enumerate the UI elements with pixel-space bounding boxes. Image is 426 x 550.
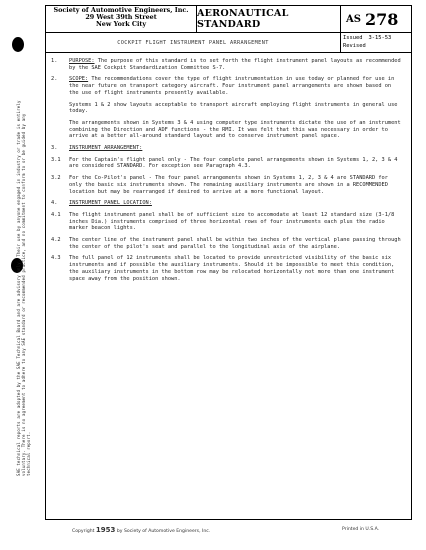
copyright-year: 1953 (96, 526, 115, 534)
punch-hole-top (12, 37, 24, 52)
section-heading: SCOPE: (69, 76, 88, 82)
org-city: New York City (46, 21, 196, 28)
document-body: 1. PURPOSE: The purpose of this standard… (46, 58, 411, 287)
section-purpose: 1. PURPOSE: The purpose of this standard… (51, 58, 401, 71)
issued-date: 3-15-53 (368, 34, 391, 42)
copyright-holder: by Society of Automotive Engineers, Inc. (117, 529, 210, 534)
subsection-4-2: 4.2 The center line of the instrument pa… (51, 237, 401, 250)
subsection-text: For the Co-Pilot's panel - The four pane… (69, 175, 401, 195)
header-subject-row: COCKPIT FLIGHT INSTRUMENT PANEL ARRANGEM… (46, 33, 411, 53)
section-heading: INSTRUMENT PANEL LOCATION: (69, 200, 401, 207)
printed-in-notice: Printed in U.S.A. (342, 527, 379, 532)
subsection-number: 4.3 (51, 255, 69, 282)
subsection-number: 4.1 (51, 212, 69, 232)
subsection-text: For the Captain's flight panel only - Th… (69, 157, 401, 170)
subsection-number: 3.2 (51, 175, 69, 195)
document-frame: Society of Automotive Engineers, Inc. 29… (45, 5, 412, 520)
section-instrument-arrangement: 3. INSTRUMENT ARRANGEMENT: (51, 145, 401, 152)
subsection-3-1: 3.1 For the Captain's flight panel only … (51, 157, 401, 170)
section-text: The purpose of this standard is to set f… (69, 58, 401, 71)
subsection-text: The flight instrument panel shall be of … (69, 212, 401, 232)
section-number: 3. (51, 145, 69, 152)
section-text: The recommendations cover the type of fl… (69, 76, 394, 95)
issued-label: Issued (343, 34, 362, 42)
standard-number-value: 278 (365, 10, 398, 29)
organization-block: Society of Automotive Engineers, Inc. 29… (46, 6, 197, 32)
document-type-title: AERONAUTICAL STANDARD (197, 6, 341, 32)
standard-prefix: AS (346, 14, 361, 25)
subsection-text: The center line of the instrument panel … (69, 237, 401, 250)
issue-dates: Issued 3-15-53 Revised (341, 33, 411, 52)
subsection-number: 3.1 (51, 157, 69, 170)
section-number: 2. (51, 76, 69, 96)
section-instrument-panel-location: 4. INSTRUMENT PANEL LOCATION: (51, 200, 401, 207)
side-disclaimer-stamp: SAE technical reports are adopted by the… (16, 96, 38, 476)
section-number: 4. (51, 200, 69, 207)
subsection-3-2: 3.2 For the Co-Pilot's panel - The four … (51, 175, 401, 195)
subsection-number: 4.2 (51, 237, 69, 250)
section-scope: 2. SCOPE: The recommendations cover the … (51, 76, 401, 96)
section-heading: PURPOSE: (69, 58, 95, 64)
subsection-4-3: 4.3 The full panel of 12 instruments sha… (51, 255, 401, 282)
copyright-prefix: Copyright (72, 529, 94, 534)
revised-label: Revised (343, 42, 366, 50)
section-heading: INSTRUMENT ARRANGEMENT: (69, 145, 401, 152)
scope-paragraph: Systems 1 & 2 show layouts acceptable to… (69, 102, 401, 115)
subsection-4-1: 4.1 The flight instrument panel shall be… (51, 212, 401, 232)
subsection-text: The full panel of 12 instruments shall b… (69, 255, 401, 282)
section-number: 1. (51, 58, 69, 71)
header-top-row: Society of Automotive Engineers, Inc. 29… (46, 6, 411, 33)
scope-paragraph: The arrangements shown in Systems 3 & 4 … (69, 120, 401, 140)
standard-number: AS 278 (341, 6, 411, 32)
copyright-notice: Copyright 1953 by Society of Automotive … (72, 526, 210, 534)
document-subject: COCKPIT FLIGHT INSTRUMENT PANEL ARRANGEM… (46, 33, 341, 52)
